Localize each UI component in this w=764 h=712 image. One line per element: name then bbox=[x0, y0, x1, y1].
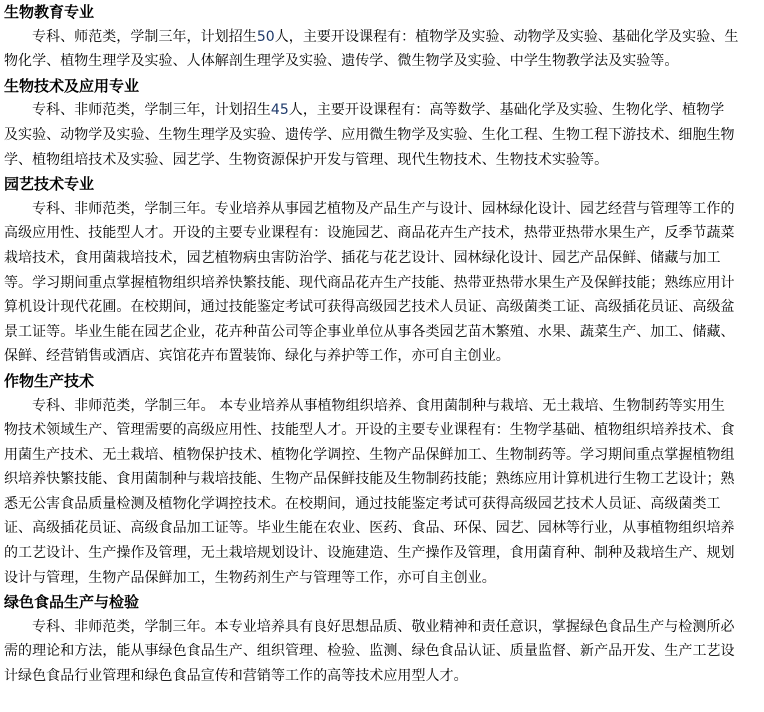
body-line: 专科、非师范类，学制三年。 本专业培养从事植物组织培养、食用菌制种与栽培、无土栽… bbox=[4, 394, 756, 419]
section-title: 生物教育专业 bbox=[4, 0, 756, 25]
enrollment-number: 45 bbox=[271, 102, 289, 118]
body-line: 物化学、植物生理学及实验、人体解剖生理学及实验、遗传学、微生物学及实验、中学生物… bbox=[4, 49, 756, 74]
body-line: 计绿色食品行业管理和绿色食品宣传和营销等工作的高等技术应用型人才。 bbox=[4, 664, 756, 689]
body-line: 需的理论和方法，能从事绿色食品生产、组织管理、检验、监测、绿色食品认证、质量监督… bbox=[4, 639, 756, 664]
section-biotech-application: 生物技术及应用专业 专科、非师范类，学制三年，计划招生45人，主要开设课程有：高… bbox=[4, 74, 756, 172]
body-line: 的工艺设计、生产操作及管理，无土栽培规划设计、设施建造、生产操作及管理，食用菌育… bbox=[4, 541, 756, 566]
body-line: 算机设计现代花圃。在校期间，通过技能鉴定考试可获得高级园艺技术人员证、高级菌类工… bbox=[4, 295, 756, 320]
body-line: 及实验、动物学及实验、生物生理学及实验、遗传学、应用微生物学及实验、生化工程、生… bbox=[4, 123, 756, 148]
body-line: 设计与管理，生物产品保鲜加工，生物药剂生产与管理等工作，亦可自主创业。 bbox=[4, 566, 756, 591]
body-line: 景工证等。毕业生能在园艺企业，花卉种苗公司等企事业单位从事各类园艺苗木繁殖、水果… bbox=[4, 320, 756, 345]
body-line: 高级应用性、技能型人才。开设的主要专业课程有：设施园艺、商品花卉生产技术，热带亚… bbox=[4, 221, 756, 246]
enrollment-number: 50 bbox=[257, 29, 275, 45]
section-title: 园艺技术专业 bbox=[4, 172, 756, 197]
body-line: 专科、非师范类，学制三年，计划招生45人，主要开设课程有：高等数学、基础化学及实… bbox=[4, 98, 756, 123]
body-line: 用菌生产技术、无土栽培、植物保护技术、植物化学调控、生物产品保鲜加工、生物制药等… bbox=[4, 443, 756, 468]
body-line: 证、高级插花员证、高级食品加工证等。毕业生能在农业、医药、食品、环保、园艺、园林… bbox=[4, 516, 756, 541]
body-line: 织培养快繁技能、食用菌制种与栽培技能、生物产品保鲜技能及生物制药技能；熟练应用计… bbox=[4, 467, 756, 492]
section-green-food: 绿色食品生产与检验 专科、非师范类，学制三年。本专业培养具有良好思想品质、敬业精… bbox=[4, 590, 756, 688]
body-line: 悉无公害食品质量检测及植物化学调控技术。在校期间，通过技能鉴定考试可获得高级园艺… bbox=[4, 492, 756, 517]
body-line: 专科、非师范类，学制三年。专业培养从事园艺植物及产品生产与设计、园林绿化设计、园… bbox=[4, 197, 756, 222]
body-line: 物技术领域生产、管理需要的高级应用性、技能型人才。开设的主要专业课程有：生物学基… bbox=[4, 418, 756, 443]
section-body: 专科、非师范类，学制三年，计划招生45人，主要开设课程有：高等数学、基础化学及实… bbox=[4, 98, 756, 172]
program-list-document: 生物教育专业 专科、师范类，学制三年，计划招生50人，主要开设课程有：植物学及实… bbox=[0, 0, 764, 689]
body-line: 专科、非师范类，学制三年。本专业培养具有良好思想品质、敬业精神和责任意识，掌握绿… bbox=[4, 615, 756, 640]
section-body: 专科、非师范类，学制三年。专业培养从事园艺植物及产品生产与设计、园林绿化设计、园… bbox=[4, 197, 756, 369]
body-line: 等。学习期间重点掌握植物组织培养快繁技能、现代商品花卉生产技能、热带亚热带水果生… bbox=[4, 271, 756, 296]
section-crop-production: 作物生产技术 专科、非师范类，学制三年。 本专业培养从事植物组织培养、食用菌制种… bbox=[4, 369, 756, 590]
section-horticulture: 园艺技术专业 专科、非师范类，学制三年。专业培养从事园艺植物及产品生产与设计、园… bbox=[4, 172, 756, 369]
body-line: 学、植物组培技术及实验、园艺学、生物资源保护开发与管理、现代生物技术、生物技术实… bbox=[4, 148, 756, 173]
section-title: 绿色食品生产与检验 bbox=[4, 590, 756, 615]
body-line: 栽培技术，食用菌栽培技术，园艺植物病虫害防治学、插花与花艺设计、园林绿化设计、园… bbox=[4, 246, 756, 271]
section-title: 作物生产技术 bbox=[4, 369, 756, 394]
body-line: 保鲜、经营销售或酒店、宾馆花卉布置装饰、绿化与养护等工作，亦可自主创业。 bbox=[4, 344, 756, 369]
section-body: 专科、非师范类，学制三年。本专业培养具有良好思想品质、敬业精神和责任意识，掌握绿… bbox=[4, 615, 756, 689]
section-biology-education: 生物教育专业 专科、师范类，学制三年，计划招生50人，主要开设课程有：植物学及实… bbox=[4, 0, 756, 74]
section-body: 专科、非师范类，学制三年。 本专业培养从事植物组织培养、食用菌制种与栽培、无土栽… bbox=[4, 394, 756, 591]
section-title: 生物技术及应用专业 bbox=[4, 74, 756, 99]
section-body: 专科、师范类，学制三年，计划招生50人，主要开设课程有：植物学及实验、动物学及实… bbox=[4, 25, 756, 74]
body-line: 专科、师范类，学制三年，计划招生50人，主要开设课程有：植物学及实验、动物学及实… bbox=[4, 25, 756, 50]
